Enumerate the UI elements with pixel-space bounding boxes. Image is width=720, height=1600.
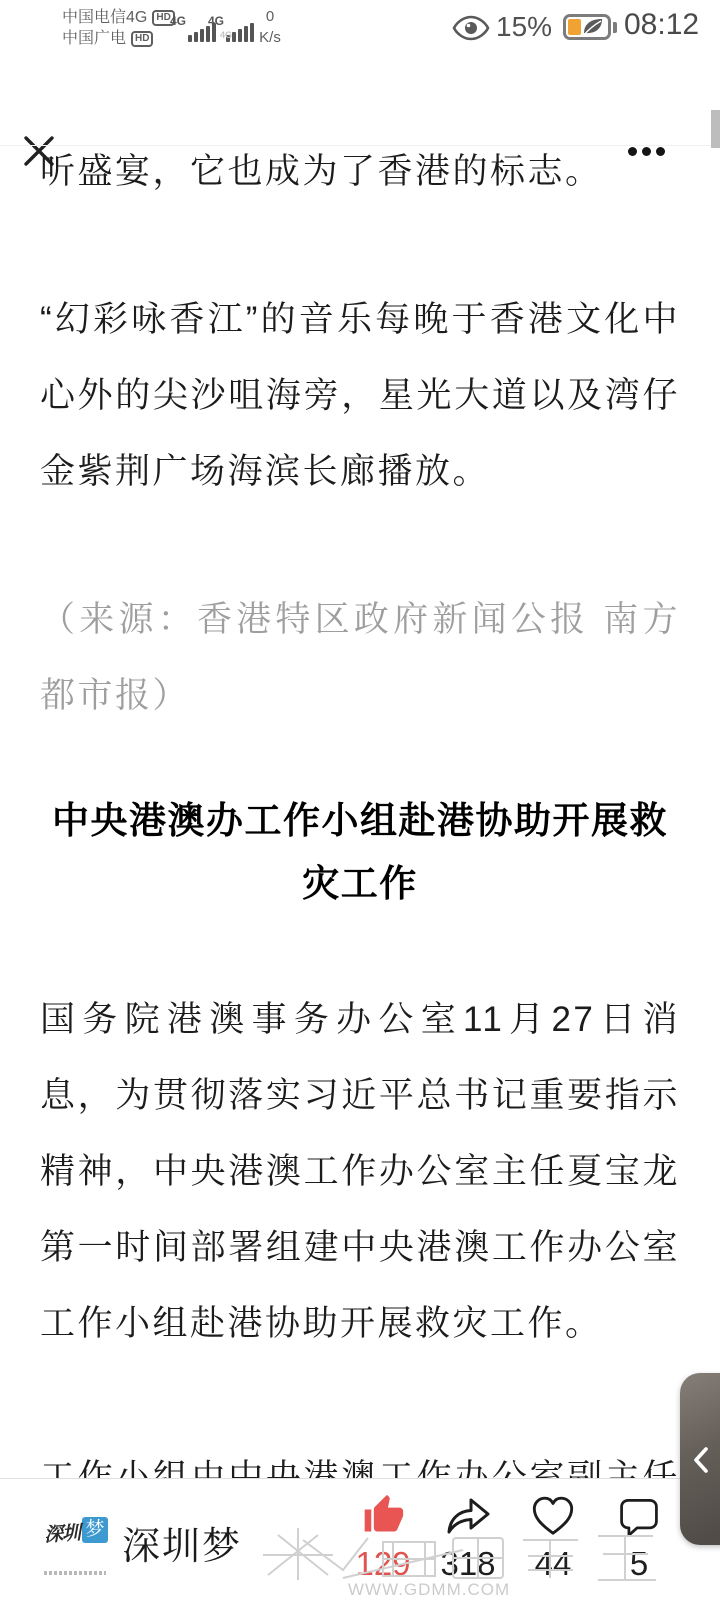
carrier-name-1: 中国电信4G <box>62 7 147 28</box>
network-speed: 0 K/s <box>252 6 288 48</box>
comment-button[interactable]: 5 <box>598 1493 680 1583</box>
comment-icon <box>617 1493 661 1537</box>
paragraph: 国务院港澳事务办公室11月27日消息，为贯彻落实习近平总书记重要指示精神，中央港… <box>40 982 680 1362</box>
hd-icon: HD <box>131 31 153 47</box>
favorite-button[interactable]: 44 <box>512 1493 594 1583</box>
paragraph: “幻彩咏香江”的音乐每晚于香港文化中心外的尖沙咀海旁，星光大道以及湾仔金紫荆广场… <box>40 282 680 510</box>
publisher-name[interactable]: 深圳梦 <box>122 1515 242 1570</box>
footer-bar: 深圳 梦 深圳梦 129 318 44 5 <box>0 1478 720 1600</box>
like-count: 129 <box>342 1545 424 1583</box>
battery-nub <box>613 22 617 33</box>
like-button[interactable]: 129 <box>342 1493 424 1583</box>
comment-count: 5 <box>598 1545 680 1583</box>
secondary-4g-label: 4G <box>220 30 232 40</box>
share-count: 318 <box>427 1545 509 1583</box>
chevron-left-icon <box>693 1447 709 1473</box>
publisher-link[interactable]: 深圳 梦 <box>44 1503 108 1546</box>
battery-icon <box>563 14 611 40</box>
clock: 08:12 <box>624 8 699 42</box>
nav-bar <box>0 56 720 145</box>
signal-bars-icon: 4G 4G <box>208 12 254 42</box>
source-note: （来源：香港特区政府新闻公报 南方都市报） <box>40 582 680 734</box>
paragraph: 听盛宴，它也成为了香港的标志。 <box>40 134 680 210</box>
article-heading: 中央港澳办工作小组赴港协助开展救灾工作 <box>40 789 680 915</box>
share-icon <box>444 1493 492 1537</box>
eye-protection-icon <box>452 14 490 47</box>
heart-icon <box>530 1493 576 1537</box>
thumbs-up-icon <box>360 1493 406 1537</box>
battery-percent: 15% <box>496 11 552 43</box>
carrier-block: 中国电信4G HD 中国广电 HD <box>62 7 175 49</box>
favorite-count: 44 <box>512 1545 594 1583</box>
carrier-name-2: 中国广电 <box>62 28 126 49</box>
status-bar: 中国电信4G HD 中国广电 HD 4G 4G 4G 0 <box>0 0 720 56</box>
publisher-logo-tagline <box>44 1571 106 1575</box>
scrollbar[interactable] <box>711 110 720 148</box>
publisher-logo: 深圳 <box>43 1518 81 1547</box>
power-saver-leaf-icon <box>581 17 605 42</box>
article-page: 中国电信4G HD 中国广电 HD 4G 4G 4G 0 <box>0 0 720 1600</box>
side-panel-handle[interactable] <box>680 1373 720 1545</box>
publisher-logo-badge: 梦 <box>82 1517 108 1543</box>
share-button[interactable]: 318 <box>427 1493 509 1583</box>
